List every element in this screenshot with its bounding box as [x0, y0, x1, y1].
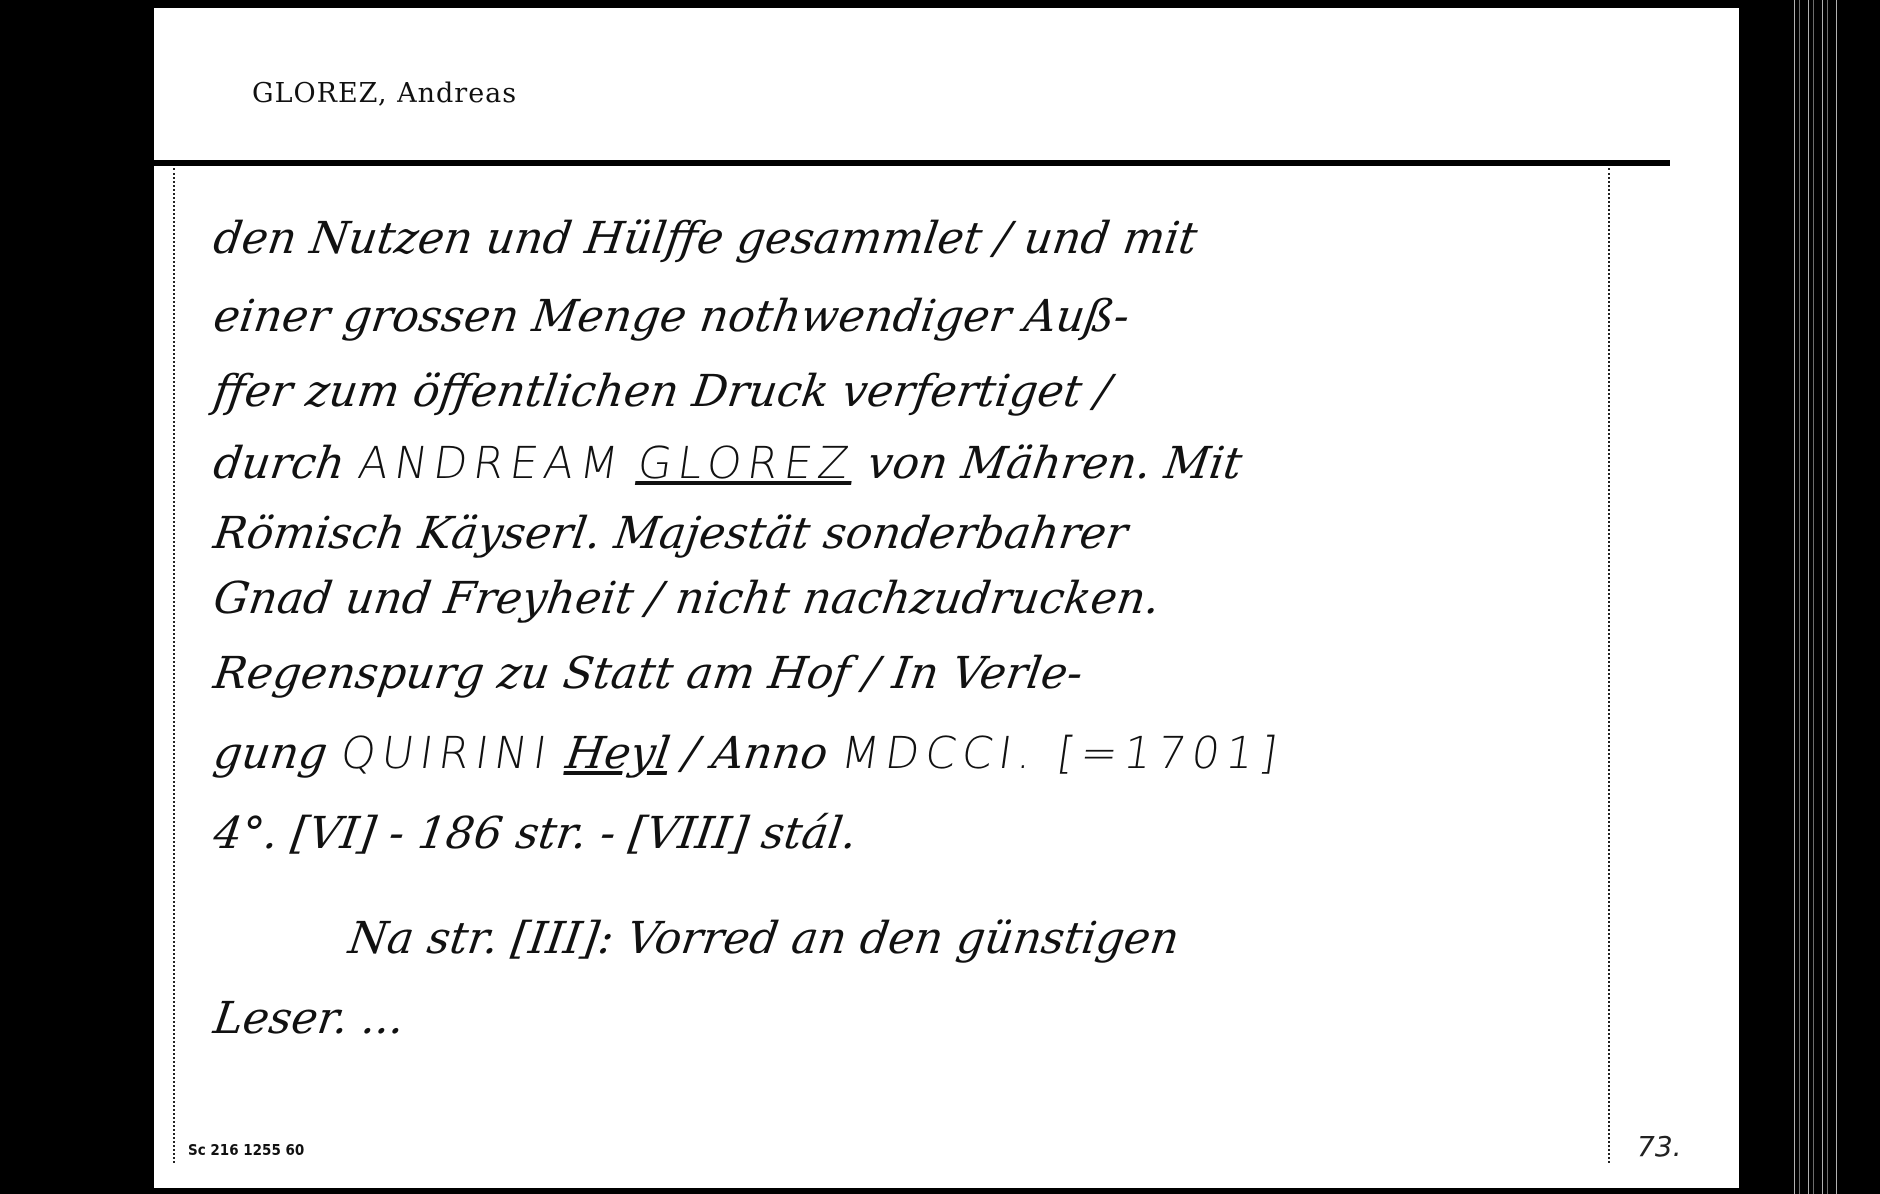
left-margin-line — [173, 168, 175, 1163]
page-number: 73. — [1637, 1130, 1682, 1163]
publication-year: MDCCI. [=1701] — [838, 728, 1287, 779]
handwritten-line-2: einer grossen Menge nothwendiger Auß- — [210, 291, 1132, 342]
header-divider — [154, 160, 1670, 166]
line4-rest: von Mähren. Mit — [864, 438, 1245, 489]
handwritten-line-11: Leser. ... — [210, 993, 407, 1044]
author-firstname: ANDREAM — [355, 438, 628, 489]
handwritten-line-1: den Nutzen und Hülffe gesammlet / und mi… — [210, 213, 1200, 264]
catalog-card: GLOREZ, Andreas den Nutzen und Hülffe ge… — [154, 8, 1739, 1188]
catalog-code: Sc 216 1255 60 — [188, 1141, 304, 1159]
handwritten-line-9-collation: 4°. [VI] - 186 str. - [VIII] stál. — [210, 808, 860, 859]
author-surname-underlined: GLOREZ — [634, 438, 857, 489]
handwritten-line-3: ffer zum öffentlichen Druck verfertiget … — [210, 366, 1114, 417]
line8-anno: / Anno — [680, 728, 831, 779]
right-margin-line — [1608, 168, 1610, 1163]
card-title: GLOREZ, Andreas — [252, 78, 517, 109]
handwritten-line-6: Gnad und Freyheit / nicht nachzudrucken. — [210, 573, 1163, 624]
handwritten-line-10-note: Na str. [III]: Vorred an den günstigen — [345, 913, 1182, 964]
line8-word: gung — [210, 728, 330, 779]
handwritten-line-8: gung QUIRINI Heyl / Anno MDCCI. [=1701] — [210, 728, 1286, 779]
handwritten-line-5: Römisch Käyserl. Majestät sonderbahrer — [210, 508, 1130, 559]
handwritten-line-7: Regenspurg zu Statt am Hof / In Verle- — [210, 648, 1085, 699]
scan-edge-artifact — [1790, 0, 1840, 1194]
handwritten-line-4: durch ANDREAM GLOREZ von Mähren. Mit — [210, 438, 1245, 489]
printer-surname-underlined: Heyl — [563, 728, 674, 779]
printer-name: QUIRINI — [337, 728, 555, 779]
line4-word-durch: durch — [210, 438, 348, 489]
